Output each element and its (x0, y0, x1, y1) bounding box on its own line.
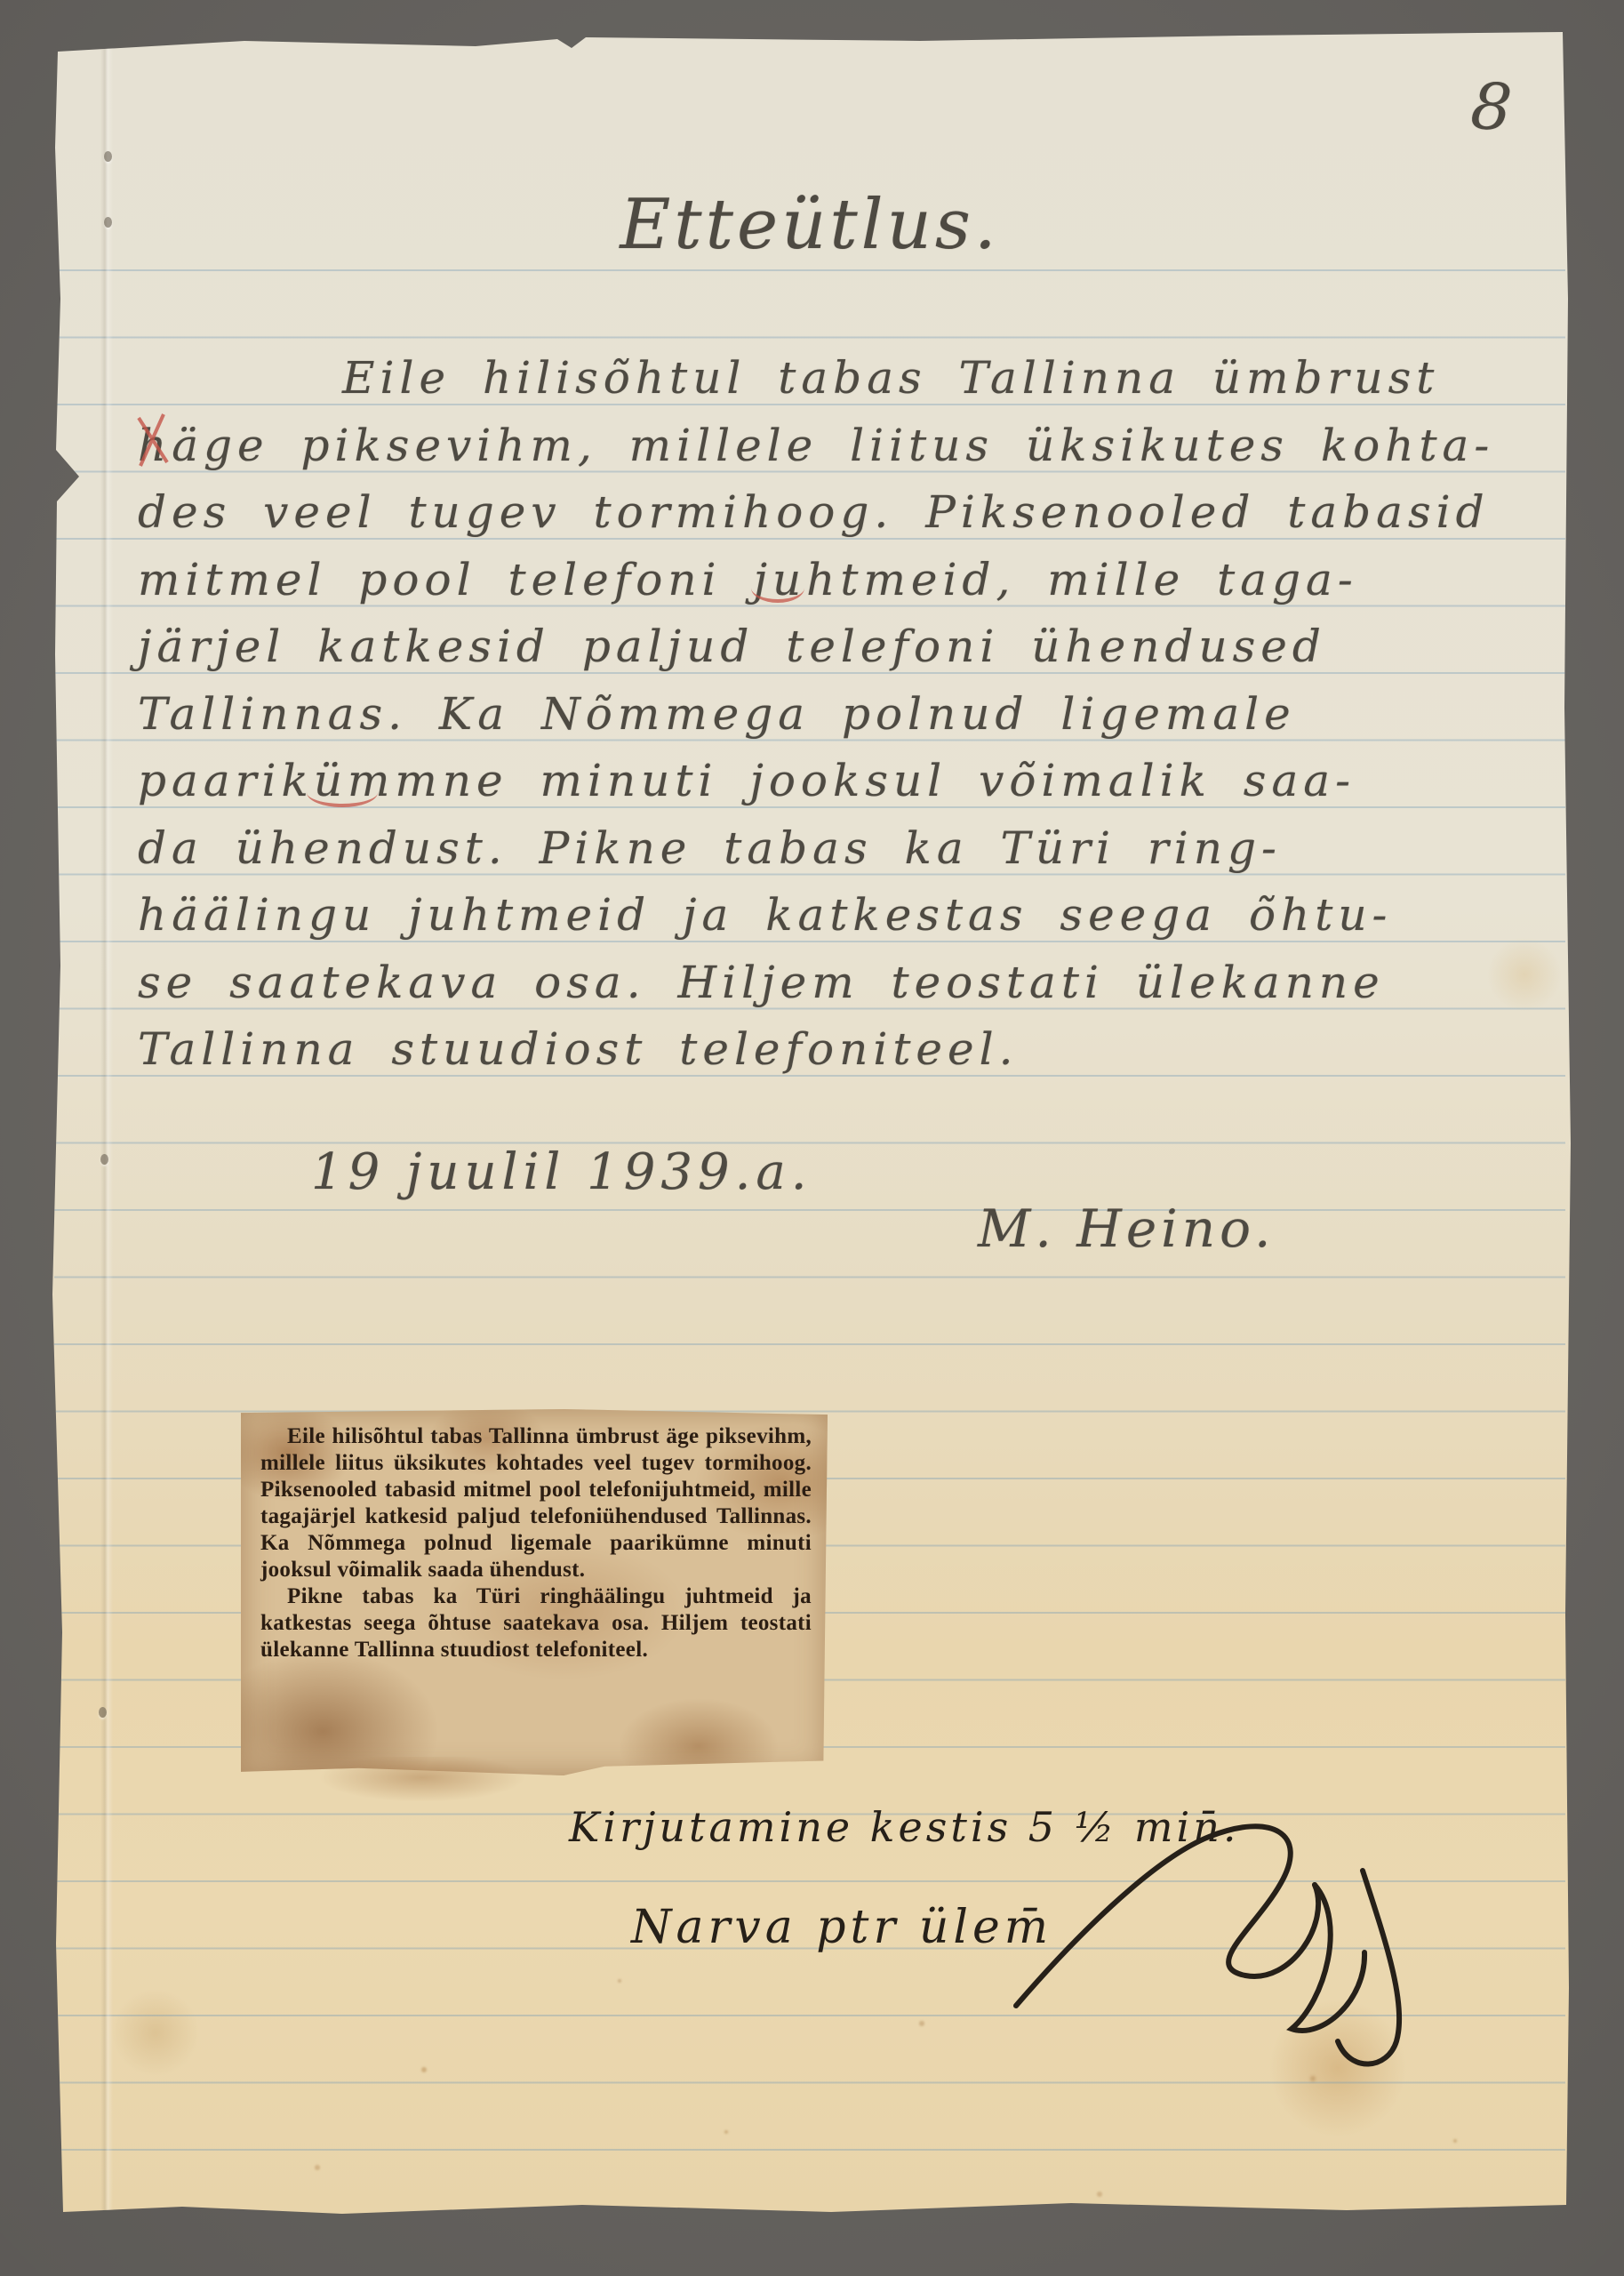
clipping-paragraph: Eile hilisõhtul tabas Tallinna ümbrust ä… (260, 1423, 812, 1583)
handwritten-line: Tallinna stuudiost telefoniteel. (138, 1016, 1530, 1084)
red-correction-cross (134, 411, 172, 469)
stitch-hole (99, 1707, 107, 1718)
page-number: 8 (1468, 68, 1515, 146)
stitch-hole (104, 151, 112, 162)
author-signature: M. Heino. (978, 1198, 1275, 1259)
document-page: 8 Etteütlus. Eile hilisõhtul tabas Talli… (49, 32, 1571, 2217)
date-line: 19 juulil 1939.a. (311, 1143, 812, 1201)
page-title: Etteütlus. (49, 185, 1571, 265)
handwritten-line: järjel katkesid paljud telefoni ühenduse… (138, 613, 1530, 681)
handwritten-line: Eile hilisõhtul tabas Tallinna ümbrust (138, 345, 1530, 413)
newspaper-clipping: Eile hilisõhtul tabas Tallinna ümbrust ä… (241, 1409, 828, 1775)
stitch-hole (100, 1154, 108, 1165)
handwritten-line: häälingu juhtmeid ja katkestas seega õht… (138, 882, 1530, 950)
handwritten-body: Eile hilisõhtul tabas Tallinna ümbrust h… (138, 345, 1530, 1084)
foxing-spots (49, 32, 52, 36)
official-signature-flourish (1009, 1817, 1453, 2084)
handwritten-line: Tallinnas. Ka Nõmmega polnud ligemale (138, 681, 1530, 749)
clipping-paragraph: Pikne tabas ka Türi ringhäälingu juhtmei… (260, 1583, 812, 1663)
handwritten-line: des veel tugev tormihoog. Piksenooled ta… (138, 479, 1530, 547)
glue-stain (276, 1757, 569, 1826)
official-signature-text: Narva ptr ülem̄ (631, 1901, 1052, 1954)
scan-background: 8 Etteütlus. Eile hilisõhtul tabas Talli… (0, 0, 1624, 2276)
handwritten-line: häge piksevihm, millele liitus üksikutes… (138, 413, 1530, 480)
fold-crease (100, 32, 113, 2217)
handwritten-line: da ühendust. Pikne tabas ka Türi ring- (138, 815, 1530, 883)
handwritten-line: se saatekava osa. Hiljem teostati ülekan… (138, 950, 1530, 1017)
handwritten-line: mitmel pool telefoni juhtmeid, mille tag… (138, 547, 1530, 614)
